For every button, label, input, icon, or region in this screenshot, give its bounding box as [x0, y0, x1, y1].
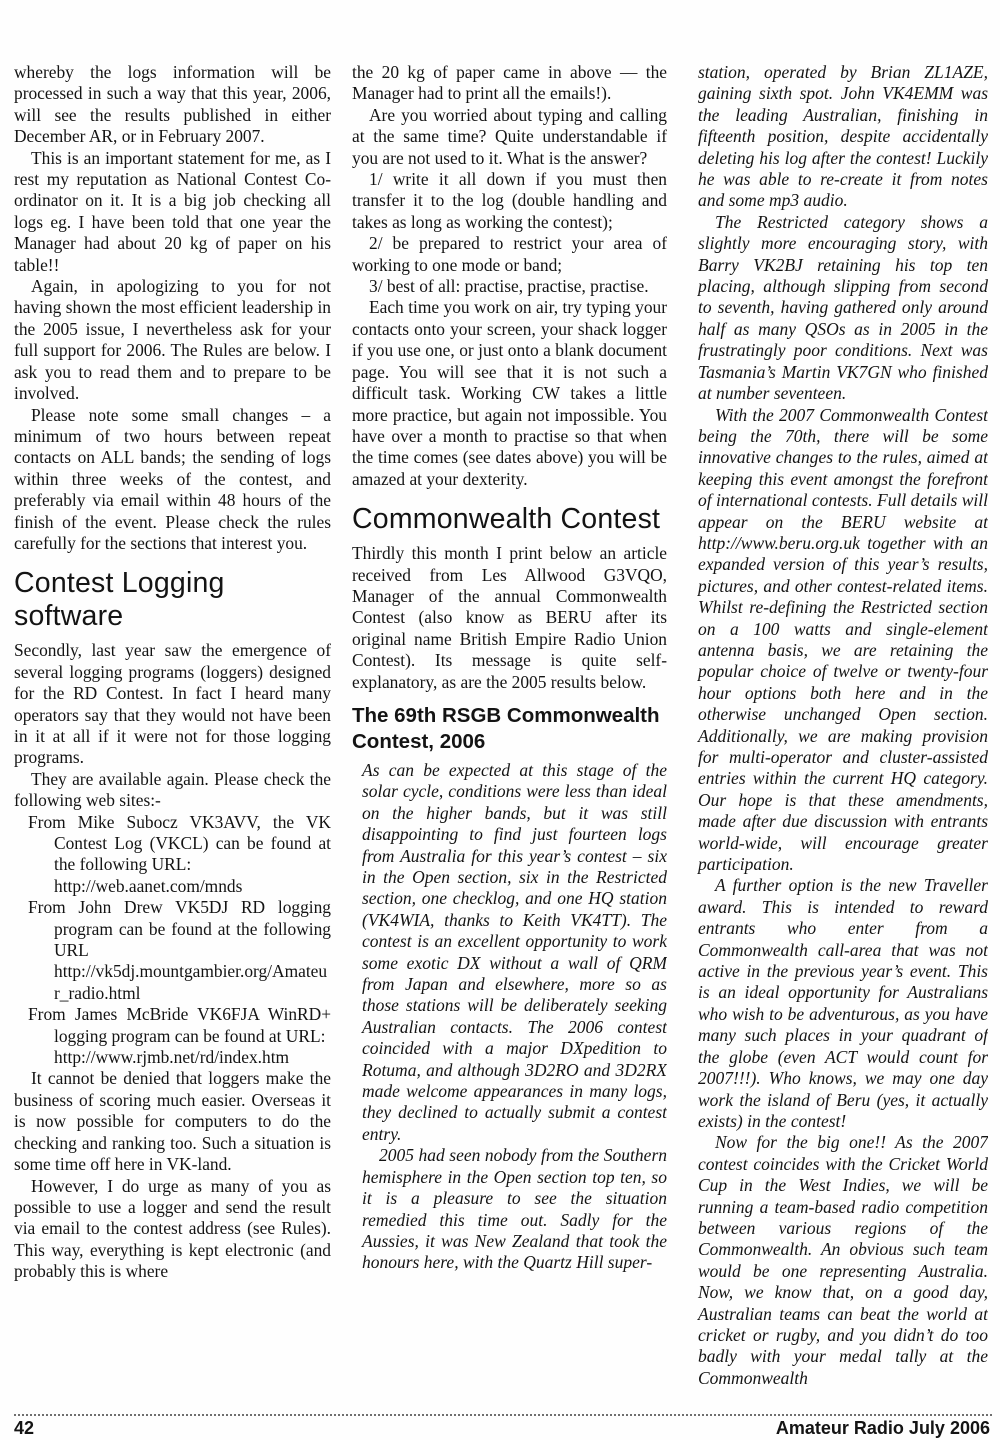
paragraph: whereby the logs information will be pro…	[14, 62, 331, 148]
italic-paragraph: The Restricted category shows a slightly…	[698, 212, 988, 405]
paragraph: Please note some small changes – a minim…	[14, 405, 331, 555]
paragraph: Are you worried about typing and calling…	[352, 105, 667, 169]
paragraph: However, I do urge as many of you as pos…	[14, 1176, 331, 1283]
paragraph: Again, in apologizing to you for not hav…	[14, 276, 331, 404]
column-2: the 20 kg of paper came in above — the M…	[352, 62, 667, 1408]
italic-paragraph: station, operated by Brian ZL1AZE, gaini…	[698, 62, 988, 212]
italic-paragraph: 2005 had seen nobody from the Southern h…	[362, 1145, 667, 1273]
italic-paragraph: A further option is the new Traveller aw…	[698, 875, 988, 1132]
paragraph: 1/ write it all down if you must then tr…	[352, 169, 667, 233]
paragraph: It cannot be denied that loggers make th…	[14, 1068, 331, 1175]
paragraph: Each time you work on air, try typing yo…	[352, 297, 667, 490]
paragraph: 3/ best of all: practise, practise, prac…	[352, 276, 667, 297]
paragraph: Secondly, last year saw the emergence of…	[14, 640, 331, 768]
italic-paragraph: Now for the big one!! As the 2007 contes…	[698, 1132, 988, 1389]
article-heading: The 69th RSGB Commonwealth Contest, 2006	[352, 703, 667, 755]
paragraph: Thirdly this month I print below an arti…	[352, 543, 667, 693]
italic-paragraph: As can be expected at this stage of the …	[362, 760, 667, 1145]
section-heading: Commonwealth Contest	[352, 503, 667, 536]
italic-paragraph: With the 2007 Commonwealth Contest being…	[698, 405, 988, 876]
paragraph: They are available again. Please check t…	[14, 769, 331, 812]
magazine-page: whereby the logs information will be pro…	[0, 0, 1000, 1440]
list-item: From Mike Subocz VK3AVV, the VK Contest …	[14, 812, 331, 876]
paragraph: the 20 kg of paper came in above — the M…	[352, 62, 667, 105]
list-item: From John Drew VK5DJ RD logging program …	[14, 897, 331, 961]
paragraph: 2/ be prepared to restrict your area of …	[352, 233, 667, 276]
list-item: From James McBride VK6FJA WinRD+ logging…	[14, 1004, 331, 1047]
magazine-title: Amateur Radio July 2006	[776, 1418, 990, 1439]
url-line: http://web.aanet.com/mnds	[14, 876, 331, 897]
paragraph: This is an important statement for me, a…	[14, 148, 331, 276]
url-line: http://www.rjmb.net/rd/index.htm	[14, 1047, 331, 1068]
section-heading: Contest Logging software	[14, 567, 331, 633]
url-line: http://vk5dj.mountgambier.org/Amateur_ra…	[14, 961, 331, 1004]
column-3: station, operated by Brian ZL1AZE, gaini…	[688, 62, 988, 1408]
page-number: 42	[14, 1418, 34, 1439]
column-1: whereby the logs information will be pro…	[14, 62, 331, 1408]
article-columns: whereby the logs information will be pro…	[14, 62, 988, 1408]
footer-rule	[14, 1414, 992, 1416]
